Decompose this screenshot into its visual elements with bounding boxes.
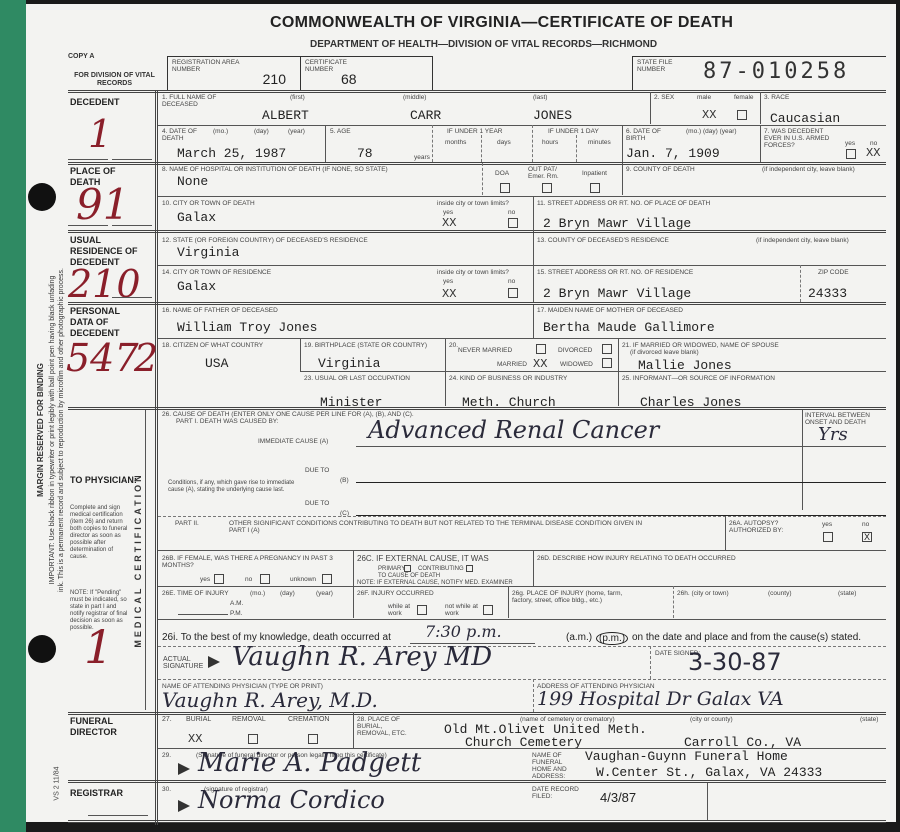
inside-limits-label: inside city or town limits?	[437, 200, 509, 207]
copy-label: COPY A	[68, 53, 94, 60]
divider	[533, 679, 534, 712]
autopsy-yes-label: yes	[822, 521, 832, 528]
date-of-birth-label: 6. DATE OF BIRTH	[626, 128, 666, 142]
section-decedent: DECEDENT	[70, 97, 120, 108]
time-injury-label: 26e. TIME OF INJURY	[162, 590, 229, 597]
divider	[158, 196, 886, 197]
divider	[533, 305, 534, 338]
father-value: William Troy Jones	[177, 320, 317, 335]
registrar-signature: Norma Cordico	[198, 786, 385, 814]
divider	[68, 780, 886, 783]
divider	[432, 125, 433, 162]
while-work-label: while at work	[388, 603, 418, 617]
business-value: Meth. Church	[462, 395, 556, 410]
physician-name-value: Vaughn R. Arey, M.D.	[162, 688, 378, 712]
race-value: Caucasian	[770, 111, 840, 126]
race-label: 3. RACE	[764, 94, 789, 101]
inpatient-checkbox[interactable]	[590, 183, 600, 193]
punch-hole	[28, 183, 56, 211]
divider	[68, 230, 886, 233]
funeral-home-address: W.Center St., Galax, VA 24333	[596, 765, 822, 780]
physician-note: Complete and sign medical certification …	[70, 505, 132, 561]
city-death-label: 10. CITY OR TOWN OF DEATH	[162, 200, 255, 207]
removal-checkbox[interactable]	[248, 734, 258, 744]
certificate-number-value: 68	[341, 71, 357, 87]
last-name-value: JONES	[533, 108, 572, 123]
contributing-checkbox[interactable]	[466, 565, 473, 572]
divider	[112, 225, 152, 226]
city-death-value: Galax	[177, 210, 216, 225]
middle-label: (middle)	[403, 94, 426, 101]
to-cause-label: TO CAUSE OF DEATH	[378, 573, 440, 580]
city-injury-label: 26h. (city or town)	[677, 590, 729, 597]
divider	[482, 163, 483, 195]
divider	[622, 125, 623, 162]
divider	[356, 482, 886, 483]
primary-label: PRIMARY	[378, 566, 405, 573]
divider	[88, 815, 148, 816]
for-division-label: FOR DIVISION OF VITAL RECORDS	[72, 72, 157, 88]
married-checkbox[interactable]: XX	[533, 357, 547, 371]
divider	[576, 135, 577, 162]
under-1-day-label: IF UNDER 1 DAY	[548, 128, 599, 135]
cremation-checkbox[interactable]	[308, 734, 318, 744]
burial-place-label: 28. PLACE OF BURIAL, REMOVAL, ETC.	[357, 716, 417, 737]
date-of-death-value: March 25, 1987	[177, 146, 286, 161]
divider	[802, 446, 886, 447]
divider	[325, 125, 326, 162]
never-married-label: NEVER MARRIED	[458, 347, 512, 354]
divider	[158, 586, 886, 587]
divider	[618, 338, 619, 406]
inpatient-label: Inpatient	[582, 170, 607, 177]
days-label: days	[497, 139, 511, 146]
business-label: 24. KIND OF BUSINESS OR INDUSTRY	[449, 375, 567, 382]
interval-value: Yrs	[818, 424, 848, 445]
physician-address-value: 199 Hospital Dr Galax VA	[537, 688, 784, 710]
divider	[300, 371, 886, 372]
date-filed-label: DATE RECORD FILED:	[532, 786, 582, 800]
registration-area-value: 210	[263, 71, 286, 87]
funeral-home-label: NAME OF FUNERAL HOME AND ADDRESS:	[532, 752, 582, 780]
immediate-cause-label: IMMEDIATE CAUSE (A)	[258, 438, 328, 445]
mo-label: (mo.)	[250, 590, 265, 597]
medical-certification-label: MEDICAL CERTIFICATION	[133, 472, 143, 647]
occupation-value: Minister	[320, 395, 382, 410]
first-name-value: ALBERT	[262, 108, 309, 123]
divorced-label: DIVORCED	[558, 347, 592, 354]
armed-no-checkbox[interactable]: XX	[866, 146, 880, 160]
birthplace-label: 19. BIRTHPLACE (state or country)	[304, 342, 427, 349]
city-residence-value: Galax	[177, 279, 216, 294]
statement-post: on the date and place and from the cause…	[632, 632, 861, 643]
disposition-label: 27.	[162, 716, 172, 723]
armed-forces-label: 7. WAS DECEDENT EVER IN U.S. ARMED FORCE…	[764, 128, 834, 149]
time-of-death-value: 7:30 p.m.	[425, 622, 502, 641]
department-subtitle: DEPARTMENT OF HEALTH—DIVISION OF VITAL R…	[310, 39, 657, 50]
city-residence-label: 14. CITY OR TOWN OF RESIDENCE	[162, 269, 271, 276]
divider	[650, 646, 651, 679]
hospital-value: None	[177, 174, 208, 189]
divorced-checkbox[interactable]	[602, 344, 612, 354]
sex-male-checkbox[interactable]: XX	[702, 108, 716, 122]
divider	[68, 712, 886, 715]
occupation-label: 23. USUAL OR LAST OCCUPATION	[304, 375, 410, 382]
date-signed-value: 3-30-87	[688, 648, 782, 676]
date-filed-value: 4/3/87	[600, 790, 636, 805]
am-option: (a.m.)	[566, 632, 592, 643]
pm-option-circled: (p.m.)	[596, 632, 628, 645]
street-residence-value: 2 Bryn Mawr Village	[543, 286, 691, 301]
city-residence-inside-yes[interactable]: XX	[442, 287, 456, 301]
divider	[533, 550, 534, 586]
date-of-birth-value: Jan. 7, 1909	[626, 146, 720, 161]
autopsy-no-label: no	[862, 521, 869, 528]
pregnancy-unknown-checkbox[interactable]	[322, 574, 332, 584]
city-county-label: (city or county)	[690, 716, 733, 723]
divider	[158, 619, 886, 620]
yes-label: yes	[443, 278, 453, 285]
arrow-icon	[178, 800, 190, 812]
divider	[481, 135, 482, 162]
informant-value: Charles Jones	[640, 395, 741, 410]
under-1-year-label: IF UNDER 1 YEAR	[447, 128, 503, 135]
informant-label: 25. INFORMANT—OR SOURCE OF INFORMATION	[622, 375, 775, 382]
burial-label: BURIAL	[186, 716, 211, 723]
divider	[533, 233, 534, 265]
divider	[68, 225, 108, 226]
section-personal-data: PERSONAL DATA OF DECEDENT	[70, 306, 140, 339]
divider	[533, 265, 534, 302]
year-label: (year)	[316, 590, 333, 597]
due-to-label: DUE TO	[305, 500, 329, 507]
removal-label: REMOVAL	[232, 716, 266, 723]
spouse-value: Mallie Jones	[638, 358, 732, 373]
armed-yes-checkbox[interactable]	[846, 149, 856, 159]
divider	[178, 614, 228, 615]
divider	[158, 338, 886, 339]
age-label: 5. AGE	[330, 128, 351, 135]
divider	[158, 125, 886, 126]
part-2-text: OTHER SIGNIFICANT CONDITIONS CONTRIBUTIN…	[229, 520, 649, 534]
not-while-work-label: not while at work	[445, 603, 481, 617]
divider	[356, 446, 804, 447]
divider	[802, 410, 803, 510]
divider	[650, 92, 651, 124]
divider	[112, 159, 152, 160]
divider	[800, 265, 801, 302]
day-label: (day)	[280, 590, 295, 597]
arrow-icon	[208, 656, 220, 668]
margin-code-personal: 547	[66, 336, 139, 380]
never-married-checkbox[interactable]	[536, 344, 546, 354]
director-signature: Marie A. Padgett	[198, 748, 421, 778]
cremation-label: CREMATION	[288, 716, 329, 723]
divider	[760, 92, 761, 124]
punch-hole	[28, 635, 56, 663]
divider	[707, 783, 708, 820]
pregnancy-label: 26b. IF FEMALE, WAS THERE A PREGNANCY IN…	[162, 555, 342, 569]
preg-no-label: no	[245, 576, 252, 583]
divider	[353, 712, 354, 748]
arrow-icon	[178, 763, 190, 775]
birthplace-value: Virginia	[318, 356, 380, 371]
no-label: no	[508, 278, 515, 285]
divider	[158, 679, 886, 680]
city-residence-inside-no[interactable]	[508, 288, 518, 298]
last-label: (last)	[533, 94, 547, 101]
section-funeral-director: FUNERAL DIRECTOR	[70, 716, 140, 738]
b-label: (B)	[340, 477, 349, 484]
state-file-box: STATE FILE NUMBER 87-010258	[632, 56, 886, 91]
funeral-home-name: Vaughan-Guynn Funeral Home	[585, 749, 788, 764]
autopsy-no-checkbox[interactable]: X	[862, 532, 872, 542]
divider	[300, 338, 301, 371]
full-name-label: 1. FULL NAME OF DECEASED	[162, 94, 242, 108]
hospital-label: 8. NAME OF HOSPITAL OR INSTITUTION OF DE…	[162, 166, 388, 173]
county-label: (county)	[768, 590, 791, 597]
divider	[68, 302, 886, 305]
divider	[68, 162, 886, 165]
armed-yes-label: yes	[845, 140, 855, 147]
margin-code-residence: 210	[68, 262, 141, 306]
divider	[508, 586, 509, 618]
conditions-note: Conditions, if any, which gave rise to i…	[168, 480, 298, 494]
dob-sub-label: (mo.) (day) (year)	[686, 128, 737, 135]
divider	[158, 265, 886, 266]
margin-code-personal-2: 2	[134, 336, 158, 380]
male-label: male	[697, 94, 711, 101]
preg-unknown-label: unknown	[290, 576, 316, 583]
section-to-physician: TO PHYSICIAN:	[70, 475, 140, 486]
city-death-inside-no[interactable]	[508, 218, 518, 228]
minutes-label: minutes	[588, 139, 611, 146]
county-residence-label: 13. COUNTY OF DECEASED'S RESIDENCE	[537, 237, 669, 244]
autopsy-label: 26a. AUTOPSY? AUTHORIZED BY:	[729, 520, 799, 534]
divider	[533, 196, 534, 232]
not-while-work-checkbox[interactable]	[483, 605, 493, 615]
divider	[622, 163, 623, 195]
certificate-title: COMMONWEALTH OF VIRGINIA—CERTIFICATE OF …	[270, 14, 733, 32]
inside-limits-label: inside city or town limits?	[437, 269, 509, 276]
burial-checkbox[interactable]: XX	[188, 732, 202, 746]
zip-value: 24333	[808, 286, 847, 301]
date-of-death-label: 4. DATE OF DEATH	[162, 128, 202, 142]
binding-note: MARGIN RESERVED FOR BINDING	[36, 268, 45, 592]
no-label: no	[508, 209, 515, 216]
outpatient-label: OUT PAT/ Emer. Rm.	[528, 166, 568, 180]
mother-label: 17. MAIDEN NAME OF MOTHER OF DECEASED	[537, 307, 683, 314]
doa-checkbox[interactable]	[500, 183, 510, 193]
pregnancy-yes-checkbox[interactable]	[214, 574, 224, 584]
contributing-label: CONTRIBUTING	[418, 566, 464, 573]
binding-strip	[0, 0, 26, 832]
zip-label: ZIP CODE	[818, 269, 849, 276]
sex-label: 2. SEX	[654, 94, 674, 101]
divider	[532, 125, 533, 162]
state-file-label: STATE FILE NUMBER	[637, 59, 687, 73]
margin-code-place: 91	[76, 180, 129, 229]
age-value: 78	[357, 146, 373, 161]
certificate-number-box: CERTIFICATE NUMBER 68	[300, 56, 433, 91]
pm-label: P.M.	[230, 610, 243, 617]
divider	[353, 550, 354, 618]
first-label: (first)	[290, 94, 305, 101]
margin-code-decedent: 1	[88, 112, 112, 156]
street-residence-label: 15. STREET ADDRESS OR RT. NO. OF RESIDEN…	[537, 269, 693, 276]
months-label: months	[445, 139, 466, 146]
part-1-label: PART I. DEATH WAS CAUSED BY:	[176, 418, 279, 425]
citizen-value: USA	[205, 356, 228, 371]
state-residence-label: 12. STATE (OR FOREIGN COUNTRY) OF DECEAS…	[162, 237, 368, 244]
immediate-cause-value: Advanced Renal Cancer	[368, 416, 659, 444]
signature-label: ACTUAL SIGNATURE	[163, 656, 203, 670]
hours-label: hours	[542, 139, 558, 146]
divider	[445, 338, 446, 406]
physician-signature: Vaughn R. Arey MD	[232, 642, 492, 672]
divider	[68, 820, 886, 823]
autopsy-yes-checkbox[interactable]	[823, 532, 833, 542]
form-code: VS 2 11/84	[54, 766, 61, 800]
independent-city-note: (if independent city, leave blank)	[756, 237, 849, 244]
year-label: (year)	[288, 128, 305, 135]
mother-value: Bertha Maude Gallimore	[543, 320, 715, 335]
citizen-label: 18. CITIZEN OF WHAT COUNTRY	[162, 342, 263, 349]
widowed-checkbox[interactable]	[602, 358, 612, 368]
county-death-label: 9. COUNTY OF DEATH	[626, 166, 695, 173]
am-label: A.M.	[230, 600, 243, 607]
registrar-sig-number: 30.	[162, 786, 171, 793]
state-label: (state)	[838, 590, 856, 597]
divider	[158, 550, 886, 551]
divider	[68, 159, 108, 160]
pregnancy-no-checkbox[interactable]	[260, 574, 270, 584]
father-label: 16. NAME OF FATHER OF DECEASED	[162, 307, 278, 314]
registration-area-box: REGISTRATION AREA NUMBER 210	[167, 56, 301, 91]
sex-female-checkbox[interactable]	[737, 110, 747, 120]
middle-name-value: CARR	[410, 108, 441, 123]
marital-label: 20.	[449, 342, 458, 349]
primary-checkbox[interactable]	[404, 565, 411, 572]
director-sig-number: 29.	[162, 752, 171, 759]
divider	[68, 90, 886, 93]
city-death-inside-yes[interactable]: XX	[442, 216, 456, 230]
state-label: (state)	[860, 716, 878, 723]
divider	[145, 410, 146, 710]
part-2-label: PART II.	[175, 520, 199, 527]
yes-label: yes	[443, 209, 453, 216]
spouse-label: 21. IF MARRIED OR WIDOWED, NAME OF SPOUS…	[622, 342, 779, 349]
widowed-label: WIDOWED	[560, 361, 593, 368]
female-label: female	[734, 94, 754, 101]
doa-label: DOA	[495, 170, 509, 177]
important-line-1: IMPORTANT: Use black ribbon in typewrite…	[49, 276, 56, 585]
outpatient-checkbox[interactable]	[542, 183, 552, 193]
independent-city-note: (if independent city, leave blank)	[762, 166, 855, 173]
section-registrar: REGISTRAR	[70, 788, 123, 799]
while-work-checkbox[interactable]	[417, 605, 427, 615]
place-injury-label: 26g. PLACE OF INJURY (home, farm, factor…	[512, 590, 632, 604]
margin-code-physician: 1	[84, 620, 113, 674]
describe-injury-label: 26d. DESCRIBE HOW INJURY RELATING TO DEA…	[537, 555, 736, 562]
preg-yes-label: yes	[200, 576, 210, 583]
street-death-value: 2 Bryn Mawr Village	[543, 216, 691, 231]
state-residence-value: Virginia	[177, 245, 239, 260]
married-label: MARRIED	[497, 361, 527, 368]
external-cause-label: 26c. IF EXTERNAL CAUSE, IT WAS	[357, 555, 489, 562]
due-to-label: DUE TO	[305, 467, 329, 474]
years-label: years	[414, 154, 430, 161]
divider	[158, 516, 886, 517]
mo-label: (mo.)	[213, 128, 228, 135]
registration-area-label: REGISTRATION AREA NUMBER	[172, 59, 242, 73]
divider	[725, 516, 726, 550]
state-file-number: 87-010258	[703, 59, 849, 84]
divider	[112, 297, 152, 298]
street-death-label: 11. STREET ADDRESS OR RT. NO. OF PLACE O…	[537, 200, 710, 207]
divider	[673, 586, 674, 618]
divider	[760, 125, 761, 162]
spouse-sub-label: (if divorced leave blank)	[630, 349, 699, 356]
important-line-2: ink. This is a permanent record and subj…	[58, 268, 65, 592]
injury-occurred-label: 26f. INJURY OCCURRED	[357, 590, 434, 597]
day-label: (day)	[254, 128, 269, 135]
